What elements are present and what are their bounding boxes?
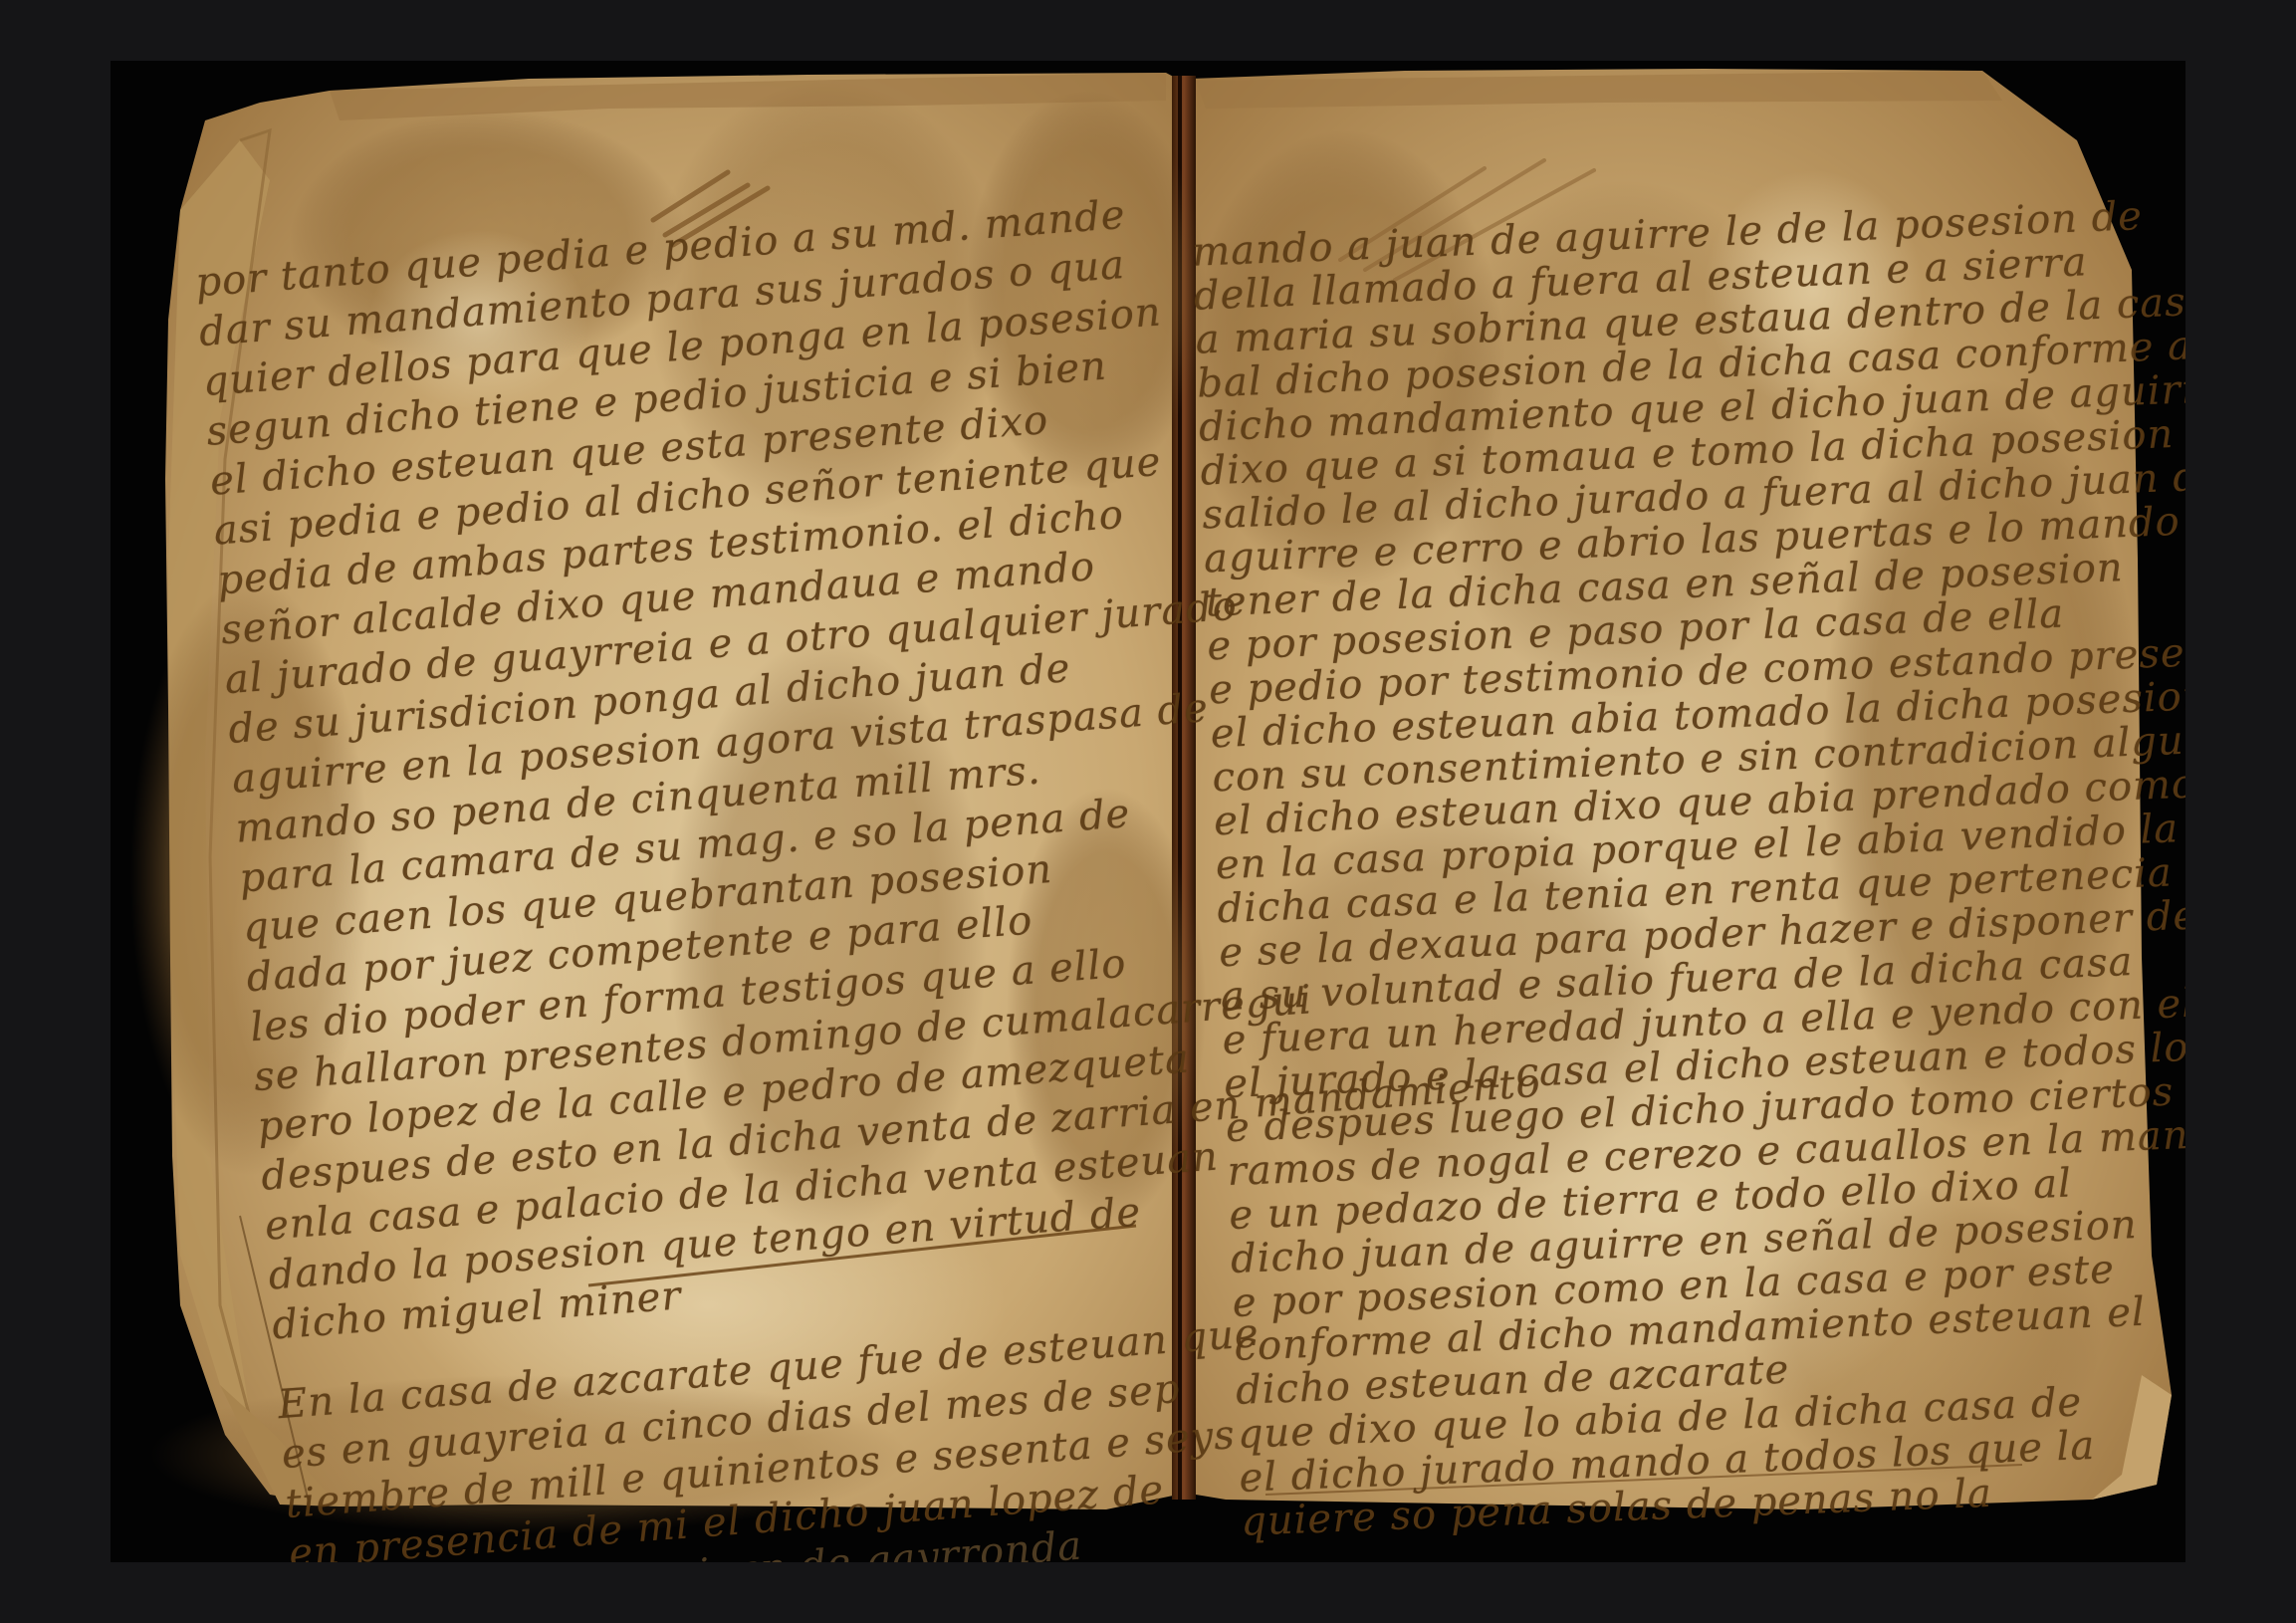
scan-frame: por tanto que pedia e pedio a su md. man… [111,61,2185,1562]
left-page-text: por tanto que pedia e pedio a su md. man… [194,185,1282,1549]
right-page-text: mando a juan de aguirre le de la posesio… [1191,193,2136,1521]
